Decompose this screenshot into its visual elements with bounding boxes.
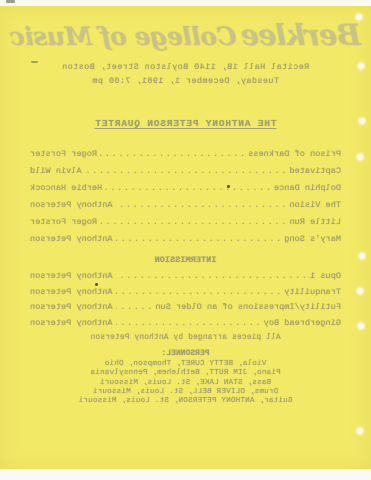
punch-hole bbox=[356, 14, 362, 20]
punch-hole bbox=[357, 428, 363, 434]
dot-leader: ........................................… bbox=[116, 271, 308, 281]
personnel-line: Drums, OLIVER BELL, St. Louis, Missouri bbox=[0, 388, 371, 397]
punch-hole bbox=[358, 323, 364, 329]
intermission-label: INTERMISSION bbox=[0, 255, 371, 267]
program-row: Opus 1 .................................… bbox=[30, 271, 341, 287]
dot-leader: ........................................… bbox=[105, 183, 271, 193]
program-first-half: Prison of Darkness .....................… bbox=[0, 149, 371, 251]
berklee-logo: Berklee College of Music bbox=[0, 18, 371, 52]
composer-name: Anthony Peterson bbox=[30, 271, 113, 281]
punch-hole bbox=[359, 253, 365, 259]
program-row: Prison of Darkness .....................… bbox=[30, 149, 341, 166]
program-row: Mary's Song ............................… bbox=[30, 234, 341, 251]
venue-block: Recital Hall 1B, 1140 Boylston Street, B… bbox=[0, 60, 371, 88]
program-row: Tranquility ............................… bbox=[30, 287, 341, 303]
dot-leader: ........................................… bbox=[100, 217, 286, 227]
dot-leader: ........................................… bbox=[116, 318, 261, 328]
program-row: Futility/Impressions of an Older Sun ...… bbox=[30, 302, 341, 318]
punch-hole bbox=[359, 118, 365, 124]
punch-hole bbox=[357, 288, 363, 294]
composer-name: Anthony Peterson bbox=[30, 287, 113, 297]
song-title: Gingerbread Boy bbox=[264, 318, 341, 328]
personnel-line: Viola, BETTY CURET, Thompson, Ohio bbox=[0, 360, 371, 369]
venue-date-line: Tuesday, December 1, 1981, 7:00 pm bbox=[0, 74, 371, 88]
song-title: Little Run bbox=[289, 217, 341, 227]
song-title: Mary's Song bbox=[284, 234, 341, 244]
dot-leader: ........................................… bbox=[116, 200, 287, 210]
ink-speck bbox=[227, 185, 230, 188]
program-row: Dolphin Dance ..........................… bbox=[30, 183, 341, 200]
personnel-line: Guitar, ANTHONY PETERSON, St. Louis, Mis… bbox=[0, 397, 371, 406]
venue-address-line: Recital Hall 1B, 1140 Boylston Street, B… bbox=[0, 60, 371, 74]
program-row: Captivated .............................… bbox=[30, 166, 341, 183]
composer-name: Anthony Peterson bbox=[30, 318, 113, 328]
punch-hole bbox=[357, 154, 363, 160]
song-title: Prison of Darkness bbox=[248, 149, 341, 159]
program-row: Little Run .............................… bbox=[30, 217, 341, 234]
song-title: Captivated bbox=[289, 166, 341, 176]
program-row: Gingerbread Boy ........................… bbox=[30, 318, 341, 334]
song-title: Opus 1 bbox=[310, 271, 341, 281]
dot-leader: ........................................… bbox=[85, 166, 287, 176]
song-title: Dolphin Dance bbox=[274, 183, 341, 193]
punch-hole bbox=[358, 63, 364, 69]
dot-leader: ........................................… bbox=[116, 302, 153, 312]
dot-leader: ........................................… bbox=[116, 234, 282, 244]
song-title: The Vision bbox=[289, 200, 341, 210]
dot-leader: ........................................… bbox=[116, 287, 282, 297]
program-row: The Vision .............................… bbox=[30, 200, 341, 217]
personnel-line: Piano, JIM RUTT, Bethlehem, Pennsylvania bbox=[0, 369, 371, 378]
composer-name: Roger Forster bbox=[30, 149, 97, 159]
dot-leader: ........................................… bbox=[100, 149, 245, 159]
logo-word-berklee: Berklee bbox=[242, 18, 361, 52]
song-title: Futility/Impressions of an Older Sun bbox=[155, 302, 341, 312]
composer-name: Anthony Peterson bbox=[30, 302, 113, 312]
arranged-note: All pieces arranged by Anthony Peterson bbox=[0, 334, 371, 342]
composer-name: Alvin Wild bbox=[30, 166, 82, 176]
logo-words-college-of-music: College of Music bbox=[10, 22, 236, 51]
personnel-line: Bass, STAN LAKE, St. Louis, Missouri bbox=[0, 379, 371, 388]
ink-speck bbox=[31, 61, 38, 63]
mirrored-page-content: Berklee College of Music Recital Hall 1B… bbox=[0, 6, 371, 406]
composer-name: Roger Forster bbox=[30, 217, 97, 227]
yellow-program-paper: Berklee College of Music Recital Hall 1B… bbox=[0, 6, 371, 469]
program-second-half: Opus 1 .................................… bbox=[0, 271, 371, 333]
scan-edge-mark bbox=[6, 0, 15, 3]
personnel-heading: PERSONNEL: bbox=[0, 349, 371, 358]
song-title: Tranquility bbox=[284, 287, 341, 297]
ink-speck bbox=[95, 283, 98, 286]
personnel-list: Viola, BETTY CURET, Thompson, Ohio Piano… bbox=[0, 360, 371, 406]
scanned-program-page: { "page": { "logo_word1": "Berklee", "lo… bbox=[0, 0, 371, 480]
concert-title: THE ANTHONY PETERSON QUARTET bbox=[0, 118, 371, 129]
composer-name: Anthony Peterson bbox=[30, 200, 113, 210]
composer-name: Anthony Peterson bbox=[30, 234, 113, 244]
composer-name: Herbie Hancock bbox=[30, 183, 102, 193]
